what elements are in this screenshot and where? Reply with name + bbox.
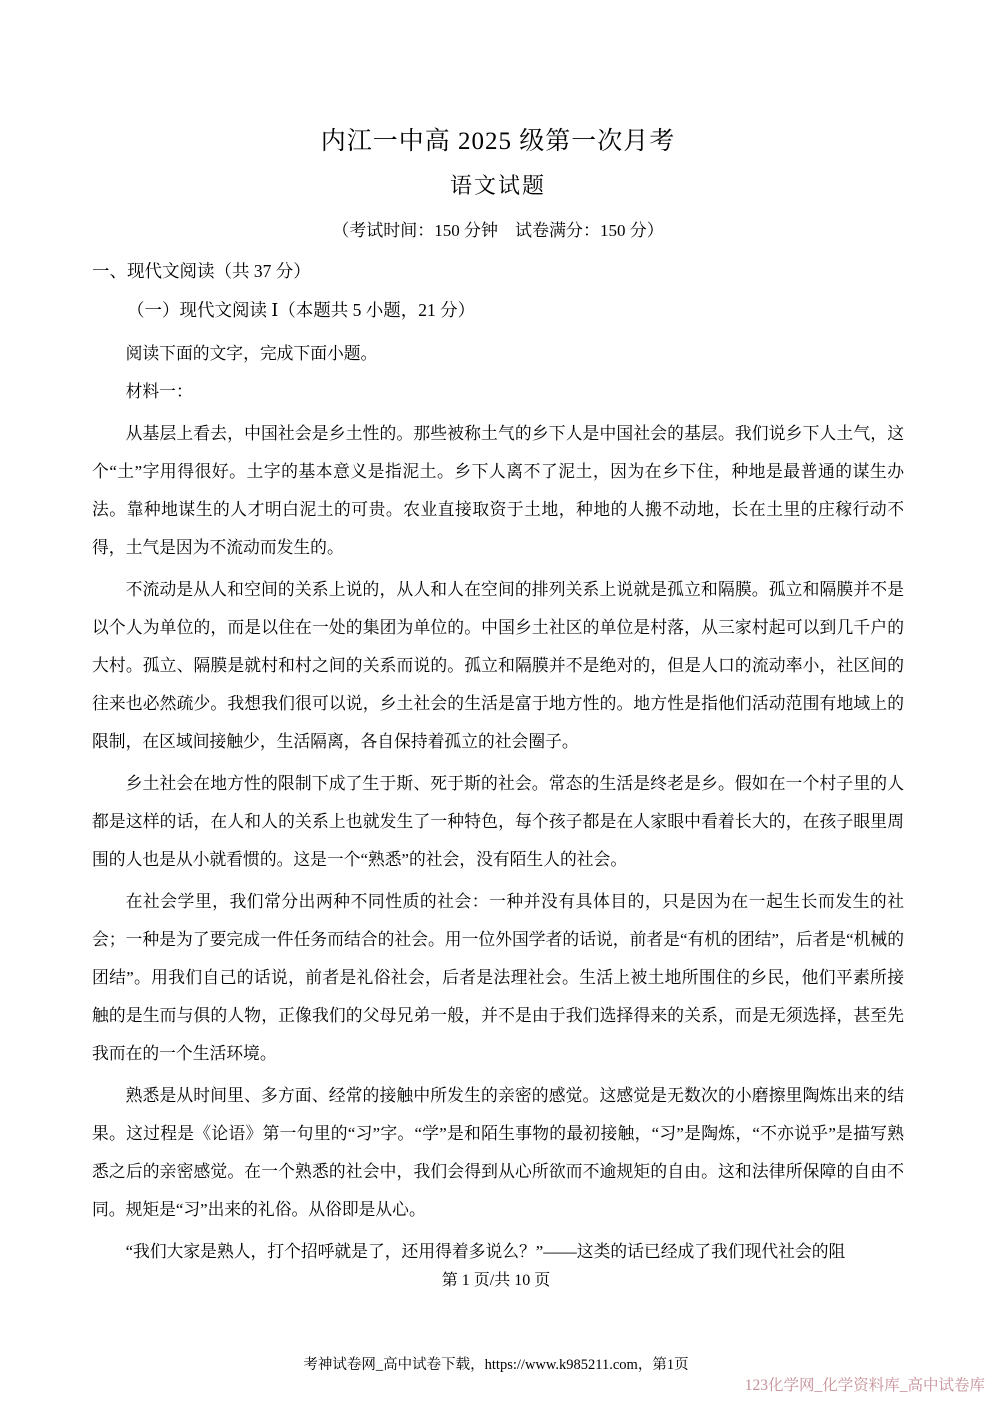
- material-paragraph: “我们大家是熟人，打个招呼就是了，还用得着多说么？”——这类的话已经成了我们现代…: [92, 1233, 904, 1271]
- reading-instruction: 阅读下面的文字，完成下面小题。: [92, 335, 904, 373]
- material-paragraph: 不流动是从人和空间的关系上说的，从人和人在空间的排列关系上说就是孤立和隔膜。孤立…: [92, 571, 904, 761]
- material-body: 阅读下面的文字，完成下面小题。 材料一： 从基层上看去，中国社会是乡土性的。那些…: [92, 335, 904, 1271]
- material-paragraph: 乡土社会在地方性的限制下成了生于斯、死于斯的社会。常态的生活是终老是乡。假如在一…: [92, 765, 904, 879]
- material-paragraph: 从基层上看去，中国社会是乡土性的。那些被称土气的乡下人是中国社会的基层。我们说乡…: [92, 415, 904, 567]
- section-heading: 一、现代文阅读（共 37 分）: [92, 258, 904, 285]
- page-indicator: 第 1 页/共 10 页: [0, 1270, 992, 1292]
- exam-subject-title: 语文试题: [92, 171, 904, 201]
- footer-source-line: 考神试卷网_高中试卷下载，https://www.k985211.com，第1页: [0, 1355, 992, 1375]
- exam-info-line: （考试时间：150 分钟 试卷满分：150 分）: [92, 219, 904, 243]
- watermark-text: 123化学网_化学资料库_高中试卷库: [745, 1375, 985, 1397]
- exam-paper-page: 内江一中高 2025 级第一次月考 语文试题 （考试时间：150 分钟 试卷满分…: [0, 0, 992, 1404]
- material-label: 材料一：: [92, 373, 904, 411]
- subsection-heading: （一）现代文阅读 Ⅰ（本题共 5 小题，21 分）: [92, 297, 904, 324]
- document-content: 内江一中高 2025 级第一次月考 语文试题 （考试时间：150 分钟 试卷满分…: [92, 0, 904, 1271]
- material-paragraph: 在社会学里，我们常分出两种不同性质的社会：一种并没有具体目的，只是因为在一起生长…: [92, 883, 904, 1073]
- material-paragraph: 熟悉是从时间里、多方面、经常的接触中所发生的亲密的感觉。这感觉是无数次的小磨擦里…: [92, 1077, 904, 1229]
- exam-title: 内江一中高 2025 级第一次月考: [92, 126, 904, 158]
